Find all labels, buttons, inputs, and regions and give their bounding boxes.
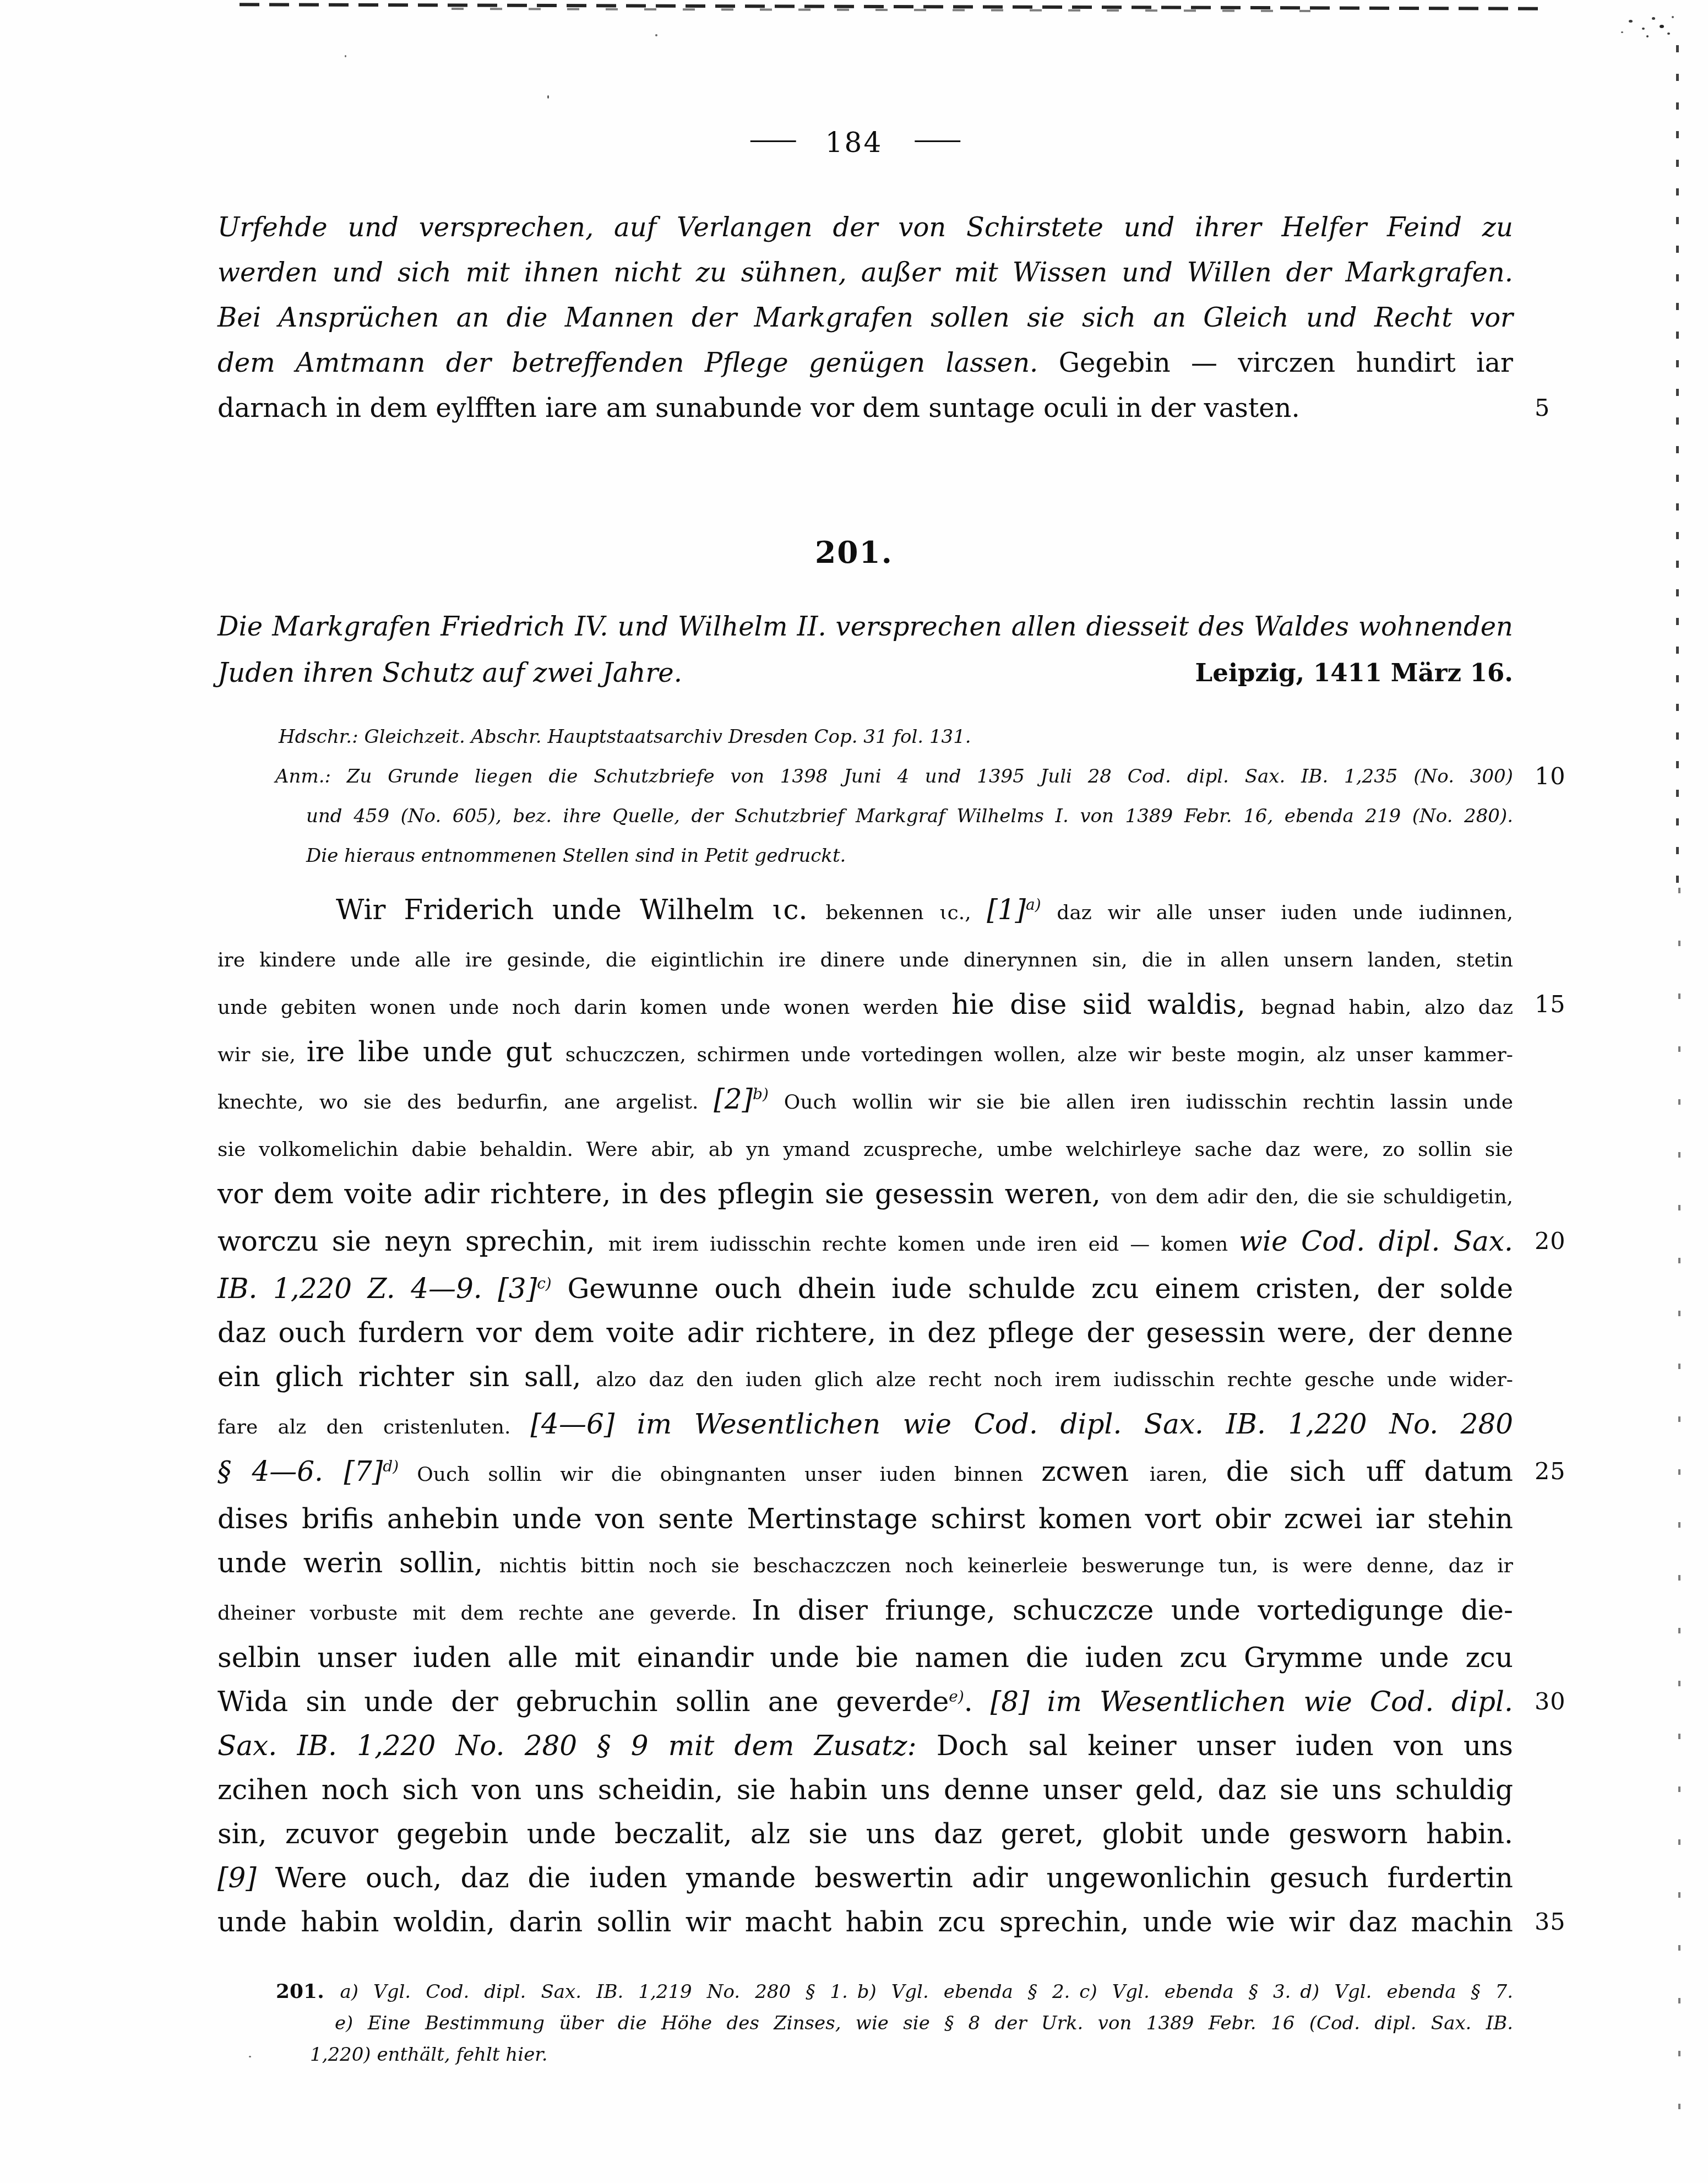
text-segment: Bei Ansprüchen an die Mannen der Markgra… xyxy=(217,302,1513,333)
scan-speck xyxy=(1672,16,1674,18)
text-segment: a) Vgl. Cod. dipl. Sax. IB. 1,219 No. 28… xyxy=(340,1981,1513,2003)
text-segment: nichtis bittin noch sie beschaczczen noc… xyxy=(499,1555,1513,1577)
text-line: selbin unser iuden alle mit einandir und… xyxy=(217,1636,1513,1680)
text-segment: Wida sin unde der gebruchin sollin ane g… xyxy=(217,1686,949,1718)
text-segment: Die hieraus entnommenen Stellen sind in … xyxy=(306,845,846,867)
text-segment: Were ouch, daz die iuden ymande beswerti… xyxy=(275,1862,1513,1894)
text-segment: sin, zcuvor gegebin unde beczalit, alz s… xyxy=(217,1818,1513,1850)
text-segment: dises brifis anhebin unde von sente Mert… xyxy=(217,1503,1513,1535)
text-segment: sie volkomelichin dabie behaldin. Were a… xyxy=(217,1138,1513,1161)
text-segment: hie dise siid waldis, xyxy=(951,989,1261,1020)
text-line: dheiner vorbuste mit dem rechte ane geve… xyxy=(217,1588,1513,1636)
text-line: knechte, wo sie des bedurfin, ane argeli… xyxy=(217,1077,1513,1125)
scan-speck xyxy=(1629,20,1633,23)
scan-artifact-right-dotted-line-faint xyxy=(1678,888,1680,2154)
margin-line-number: 5 xyxy=(1535,385,1584,431)
text-segment: worczu sie neyn sprechin, xyxy=(217,1225,608,1257)
text-segment: ein glich richter sin sall, xyxy=(217,1361,596,1393)
text-line: unde habin woldin, darin sollin wir mach… xyxy=(217,1900,1513,1944)
footnote-marker: d) xyxy=(383,1457,399,1475)
footnote-marker: a) xyxy=(1026,895,1041,914)
text-line: sin, zcuvor gegebin unde beczalit, alz s… xyxy=(217,1812,1513,1856)
text-segment: alzo daz den iuden glich alze recht noch… xyxy=(596,1369,1513,1391)
text-line: sie volkomelichin dabie behaldin. Were a… xyxy=(217,1125,1513,1172)
text-segment: unde werin sollin, xyxy=(217,1547,499,1579)
text-segment: [1] xyxy=(987,894,1026,926)
text-segment: schuczczen, schirmen unde vortedingen wo… xyxy=(565,1044,1513,1066)
margin-line-number: 15 xyxy=(1535,982,1584,1027)
text-segment: unde gebiten wonen unde noch darin komen… xyxy=(217,996,951,1019)
text-segment: begnad habin, alzo daz xyxy=(1261,996,1513,1019)
text-segment: Ouch sollin wir die obingnanten unser iu… xyxy=(399,1463,1041,1486)
text-segment: Anm.: Zu Grunde liegen die Schutzbriefe … xyxy=(275,765,1513,788)
scan-speck xyxy=(1667,32,1670,35)
text-segment: und 459 (No. 605), bez. ihre Quelle, der… xyxy=(306,805,1513,827)
text-segment: IB. 1,220 Z. 4—9. [3] xyxy=(217,1273,537,1305)
text-segment: 201. xyxy=(276,1980,340,2003)
scan-speck xyxy=(1642,28,1645,30)
text-line: IB. 1,220 Z. 4—9. [3]c) Gewunne ouch dhe… xyxy=(217,1267,1513,1311)
text-segment: wir sie, xyxy=(217,1044,307,1066)
text-segment: In diser friunge, schuczcze unde vortedi… xyxy=(752,1594,1513,1626)
text-line: ein glich richter sin sall, alzo daz den… xyxy=(217,1355,1513,1402)
text-segment: Doch sal keiner unser iuden von uns xyxy=(937,1730,1513,1762)
text-segment: daz wir alle unser iuden unde iudinnen, xyxy=(1041,902,1513,924)
text-line: dem Amtmann der betreffenden Pflege genü… xyxy=(217,340,1513,385)
text-segment: werden und sich mit ihnen nicht zu sühne… xyxy=(217,257,1513,288)
text-segment: iaren, xyxy=(1150,1463,1226,1486)
text-line: 201. a) Vgl. Cod. dipl. Sax. IB. 1,219 N… xyxy=(217,1976,1513,2008)
text-line: darnach in dem eylfften iare am sunabund… xyxy=(217,385,1513,431)
text-line: [9] Were ouch, daz die iuden ymande besw… xyxy=(217,1856,1513,1900)
text-segment: [9] xyxy=(217,1862,275,1894)
text-line: werden und sich mit ihnen nicht zu sühne… xyxy=(217,250,1513,295)
scan-speck xyxy=(1646,35,1649,37)
text-segment: Die Markgrafen Friedrich IV. und Wilhelm… xyxy=(217,611,1513,642)
text-segment: [4—6] im Wesentlichen wie Cod. dipl. Sax… xyxy=(531,1408,1513,1440)
text-segment: 1,220) enthält, fehlt hier. xyxy=(310,2044,548,2066)
text-line: Bei Ansprüchen an die Mannen der Markgra… xyxy=(217,295,1513,340)
text-line: § 4—6. [7]d) Ouch sollin wir die obingna… xyxy=(217,1449,1513,1497)
text-segment: wie Cod. dipl. Sax. xyxy=(1239,1225,1513,1257)
scan-speck xyxy=(547,95,549,99)
doc201-text-body: Wir Friderich unde Wilhelm ɩc. bekennen … xyxy=(217,888,1513,1944)
text-line: Wir Friderich unde Wilhelm ɩc. bekennen … xyxy=(217,888,1513,935)
text-segment: e) Eine Bestimmung über die Höhe des Zin… xyxy=(335,2012,1513,2034)
text-segment: dheiner vorbuste mit dem rechte ane geve… xyxy=(217,1602,752,1625)
text-segment: dem Amtmann der betreffenden Pflege genü… xyxy=(217,347,1059,378)
footnote-marker: c) xyxy=(537,1274,552,1293)
text-line: vor dem voite adir richtere, in des pfle… xyxy=(217,1172,1513,1219)
scan-speck xyxy=(1660,25,1664,28)
text-line: Wida sin unde der gebruchin sollin ane g… xyxy=(217,1680,1513,1724)
text-line: unde gebiten wonen unde noch darin komen… xyxy=(217,982,1513,1030)
footnote-marker: b) xyxy=(753,1085,769,1103)
text-line: Anm.: Zu Grunde liegen die Schutzbriefe … xyxy=(217,757,1513,796)
text-segment: Wir Friderich unde Wilhelm ɩc. xyxy=(336,894,825,926)
margin-line-number: 30 xyxy=(1535,1680,1584,1724)
text-line: 1,220) enthält, fehlt hier. xyxy=(217,2039,1513,2071)
margin-line-number: 20 xyxy=(1535,1219,1584,1263)
text-line: e) Eine Bestimmung über die Höhe des Zin… xyxy=(217,2008,1513,2039)
text-segment: zcihen noch sich von uns scheidin, sie h… xyxy=(217,1774,1513,1806)
text-line: ire kindere unde alle ire gesinde, die e… xyxy=(217,935,1513,982)
text-line: unde werin sollin, nichtis bittin noch s… xyxy=(217,1541,1513,1588)
doc201-footnotes: 201. a) Vgl. Cod. dipl. Sax. IB. 1,219 N… xyxy=(217,1976,1513,2071)
scan-speck xyxy=(1652,17,1655,20)
text-segment: selbin unser iuden alle mit einandir und… xyxy=(217,1642,1513,1674)
text-segment: Ouch wollin wir sie bie allen iren iudis… xyxy=(769,1091,1513,1114)
text-segment: bekennen ɩc., xyxy=(825,902,987,924)
text-segment: darnach in dem eylfften iare am sunabund… xyxy=(217,393,1300,423)
text-line: Urfehde und versprechen, auf Verlangen d… xyxy=(217,205,1513,250)
text-segment: § 4—6. [7] xyxy=(217,1456,383,1487)
header-rule-left: —— xyxy=(749,124,795,154)
text-segment: Gegebin — virczen hundirt iar xyxy=(1059,347,1513,378)
text-line: wir sie, ire libe unde gut schuczczen, s… xyxy=(217,1030,1513,1077)
text-line: Sax. IB. 1,220 No. 280 § 9 mit dem Zusat… xyxy=(217,1724,1513,1768)
text-segment: [8] im Wesentlichen wie Cod. dipl. xyxy=(991,1686,1513,1718)
scan-speck xyxy=(345,55,346,57)
margin-line-number: 25 xyxy=(1535,1449,1584,1494)
margin-line-number: 35 xyxy=(1535,1900,1584,1944)
text-line: fare alz den cristenluten. [4—6] im Wese… xyxy=(217,1402,1513,1449)
text-segment: unde habin woldin, darin sollin wir mach… xyxy=(217,1906,1513,1938)
margin-line-number: 10 xyxy=(1535,757,1584,796)
scan-artifact-right-dotted-line xyxy=(1676,45,1679,888)
text-segment: ire libe unde gut xyxy=(307,1036,565,1068)
page-number: 184 xyxy=(825,127,883,159)
text-line: und 459 (No. 605), bez. ihre Quelle, der… xyxy=(217,796,1513,836)
doc201-regest: Leipzig, 1411 März 16. Die Markgrafen Fr… xyxy=(217,604,1513,696)
text-segment: vor dem voite adir richtere, in des pfle… xyxy=(217,1178,1111,1210)
text-line: daz ouch furdern vor dem voite adir rich… xyxy=(217,1311,1513,1355)
footnote-marker: e) xyxy=(949,1687,964,1706)
text-line: Die hieraus entnommenen Stellen sind in … xyxy=(217,836,1513,876)
text-segment: Sax. IB. 1,220 No. 280 § 9 mit dem Zusat… xyxy=(217,1730,937,1762)
text-segment: [2] xyxy=(714,1083,753,1115)
text-line: worczu sie neyn sprechin, mit irem iudis… xyxy=(217,1219,1513,1267)
text-line: Die Markgrafen Friedrich IV. und Wilhelm… xyxy=(217,604,1513,650)
text-segment: Urfehde und versprechen, auf Verlangen d… xyxy=(217,212,1513,243)
text-line: zcihen noch sich von uns scheidin, sie h… xyxy=(217,1768,1513,1812)
text-segment: Hdschr.: Gleichzeit. Abschr. Hauptstaats… xyxy=(279,726,971,748)
text-segment: zcwen xyxy=(1041,1456,1149,1487)
text-segment: die sich uff datum xyxy=(1226,1456,1513,1487)
text-segment: fare alz den cristenluten. xyxy=(217,1416,531,1438)
text-segment: von dem adir den, die sie schuldigetin, xyxy=(1111,1186,1513,1208)
text-segment: Juden ihren Schutz auf zwei Jahre. xyxy=(217,658,682,688)
text-line: Hdschr.: Gleichzeit. Abschr. Hauptstaats… xyxy=(217,717,1513,757)
scanned-document-page: —— 184 —— Urfehde und versprechen, auf V… xyxy=(0,0,1708,2183)
text-segment: ire kindere unde alle ire gesinde, die e… xyxy=(217,949,1513,971)
text-segment: knechte, wo sie des bedurfin, ane argeli… xyxy=(217,1091,714,1114)
text-line: dises brifis anhebin unde von sente Mert… xyxy=(217,1497,1513,1541)
scan-speck xyxy=(655,34,657,36)
header-rule-right: —— xyxy=(913,124,959,154)
text-segment: daz ouch furdern vor dem voite adir rich… xyxy=(217,1317,1513,1349)
text-segment: . xyxy=(964,1686,991,1718)
doc200-closing-paragraph: Urfehde und versprechen, auf Verlangen d… xyxy=(217,205,1513,431)
page-header: —— 184 —— xyxy=(0,127,1708,159)
text-segment: mit irem iudisschin rechte komen unde ir… xyxy=(608,1233,1239,1256)
doc201-number-heading: 201. xyxy=(0,534,1708,570)
scan-speck xyxy=(1621,31,1623,33)
doc201-source-notes: Hdschr.: Gleichzeit. Abschr. Hauptstaats… xyxy=(217,717,1513,876)
text-line: Juden ihren Schutz auf zwei Jahre. xyxy=(217,650,1513,696)
text-segment: Gewunne ouch dhein iude schulde zcu eine… xyxy=(552,1273,1513,1305)
